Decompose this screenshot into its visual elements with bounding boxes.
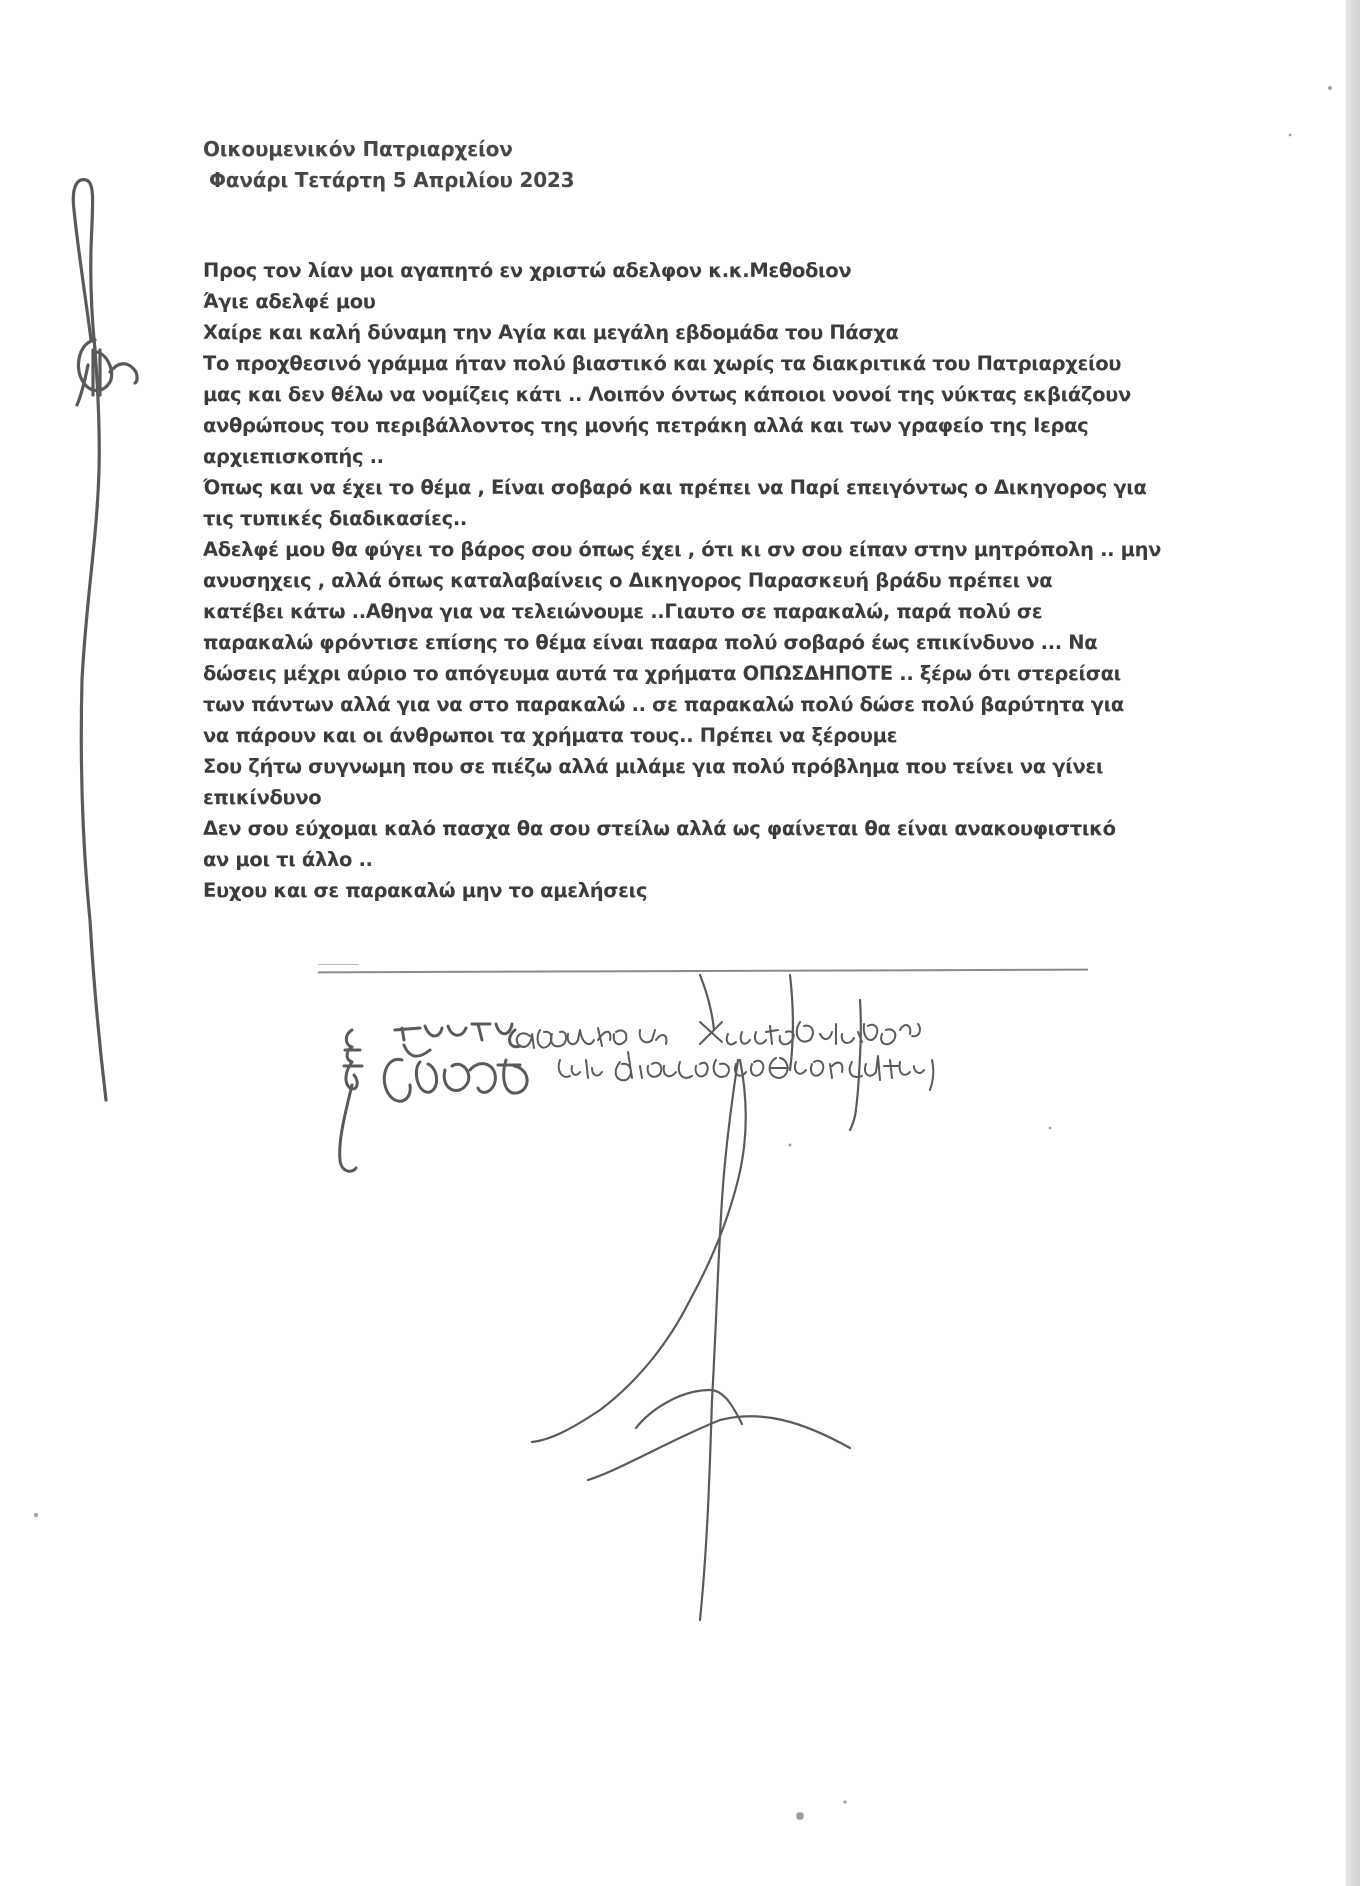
handwriting-layer (0, 0, 1346, 1886)
binding-string-icon (73, 180, 137, 1100)
signature-initial-glyph (340, 1024, 527, 1171)
scan-specks (34, 86, 1332, 1820)
page-right-edge-shadow (1346, 0, 1360, 1886)
signature-cursive-text (517, 1022, 934, 1090)
scanned-letter-page: Οικουμενικόν Πατριαρχείον Φανάρι Τετάρτη… (0, 0, 1346, 1886)
